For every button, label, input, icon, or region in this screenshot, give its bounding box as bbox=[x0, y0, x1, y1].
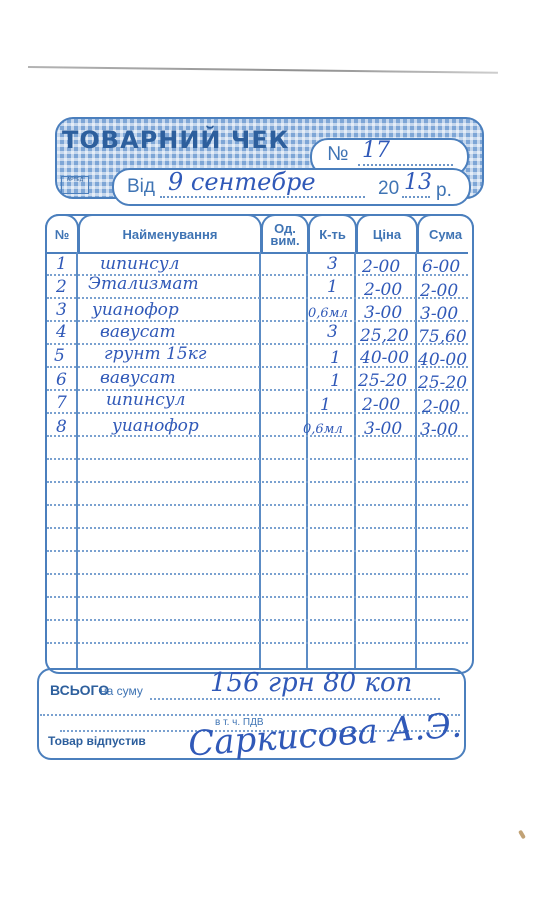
row-rule bbox=[47, 504, 468, 506]
item-price: 2-00 bbox=[362, 395, 400, 415]
item-sum: 25-20 bbox=[418, 373, 467, 393]
row-rule bbox=[47, 550, 468, 552]
date-label: Від bbox=[127, 176, 155, 198]
item-sum: 3-00 bbox=[420, 304, 458, 324]
number-value: 17 bbox=[362, 138, 390, 163]
row-number: 1 bbox=[56, 254, 67, 274]
row-number: 2 bbox=[56, 277, 67, 297]
row-rule bbox=[47, 412, 468, 414]
item-name: шпинсул bbox=[106, 390, 185, 410]
number-dotted-line bbox=[358, 164, 453, 166]
paper-speck bbox=[518, 830, 526, 840]
row-rule bbox=[47, 596, 468, 598]
column-header-unit: Од. вим. bbox=[261, 214, 309, 254]
item-price: 3-00 bbox=[364, 419, 402, 439]
row-rule bbox=[47, 435, 468, 437]
total-sub-label: на суму bbox=[100, 684, 143, 698]
item-price: 25,20 bbox=[360, 326, 409, 346]
item-name: уианофор bbox=[112, 416, 199, 436]
row-rule bbox=[47, 527, 468, 529]
total-dotted-line bbox=[150, 698, 440, 700]
issued-by-label: Товар відпустив bbox=[48, 734, 146, 748]
item-name: вавусат bbox=[100, 368, 176, 388]
item-qty: 1 bbox=[327, 277, 338, 297]
item-qty: 3 bbox=[327, 254, 338, 274]
number-label: № bbox=[327, 143, 348, 166]
row-rule bbox=[47, 458, 468, 460]
row-rule bbox=[47, 481, 468, 483]
paper-fold-line bbox=[28, 66, 498, 74]
year-value: 13 bbox=[404, 170, 432, 195]
year-prefix: 20 bbox=[378, 178, 399, 200]
column-header-price: Ціна bbox=[356, 214, 418, 254]
item-qty: 0,6мл bbox=[303, 422, 343, 437]
item-sum: 3-00 bbox=[420, 420, 458, 440]
row-rule bbox=[47, 297, 468, 299]
item-sum: 40-00 bbox=[418, 350, 467, 370]
row-number: 5 bbox=[54, 346, 65, 366]
column-divider bbox=[76, 252, 78, 668]
item-sum: 2-00 bbox=[422, 397, 460, 417]
column-header-name: Найменування bbox=[78, 214, 262, 254]
column-header-qty: К-ть bbox=[308, 214, 357, 254]
row-rule bbox=[47, 573, 468, 575]
item-name: вавусат bbox=[100, 322, 176, 342]
column-divider bbox=[259, 252, 261, 668]
item-qty: 1 bbox=[320, 395, 331, 415]
total-value: 156 грн 80 коп bbox=[210, 668, 412, 698]
item-name: шпинсул bbox=[100, 254, 179, 274]
row-number: 3 bbox=[56, 300, 67, 320]
row-number: 8 bbox=[56, 417, 67, 437]
item-qty: 1 bbox=[330, 371, 341, 391]
item-price: 40-00 bbox=[360, 348, 409, 368]
year-suffix: р. bbox=[436, 180, 452, 202]
row-rule bbox=[47, 619, 468, 621]
item-name: грунт 15кг bbox=[104, 344, 206, 364]
row-rule bbox=[47, 642, 468, 644]
item-price: 25-20 bbox=[358, 371, 407, 391]
item-name: уианофор bbox=[92, 300, 179, 320]
year-dotted-line bbox=[402, 196, 430, 198]
column-header-sum: Сума bbox=[417, 214, 474, 254]
item-qty: 3 bbox=[327, 322, 338, 342]
item-qty: 0,6мл bbox=[308, 306, 348, 321]
row-number: 4 bbox=[56, 322, 67, 342]
row-number: 6 bbox=[56, 370, 67, 390]
column-divider bbox=[415, 252, 417, 668]
publisher-logo: АРТЕД bbox=[61, 176, 89, 194]
row-number: 7 bbox=[56, 393, 67, 413]
column-header-number: № bbox=[45, 214, 79, 254]
column-divider bbox=[354, 252, 356, 668]
receipt-title: ТОВАРНИЙ ЧЕК bbox=[62, 126, 289, 154]
date-value: 9 сентебре bbox=[168, 168, 316, 196]
item-price: 2-00 bbox=[364, 280, 402, 300]
item-price: 3-00 bbox=[364, 303, 402, 323]
item-price: 2-00 bbox=[362, 257, 400, 277]
item-qty: 1 bbox=[330, 348, 341, 368]
item-sum: 6-00 bbox=[422, 257, 460, 277]
item-sum: 2-00 bbox=[420, 281, 458, 301]
item-name: Этализмат bbox=[88, 274, 199, 294]
item-sum: 75,60 bbox=[418, 327, 467, 347]
date-dotted-line bbox=[160, 196, 365, 198]
